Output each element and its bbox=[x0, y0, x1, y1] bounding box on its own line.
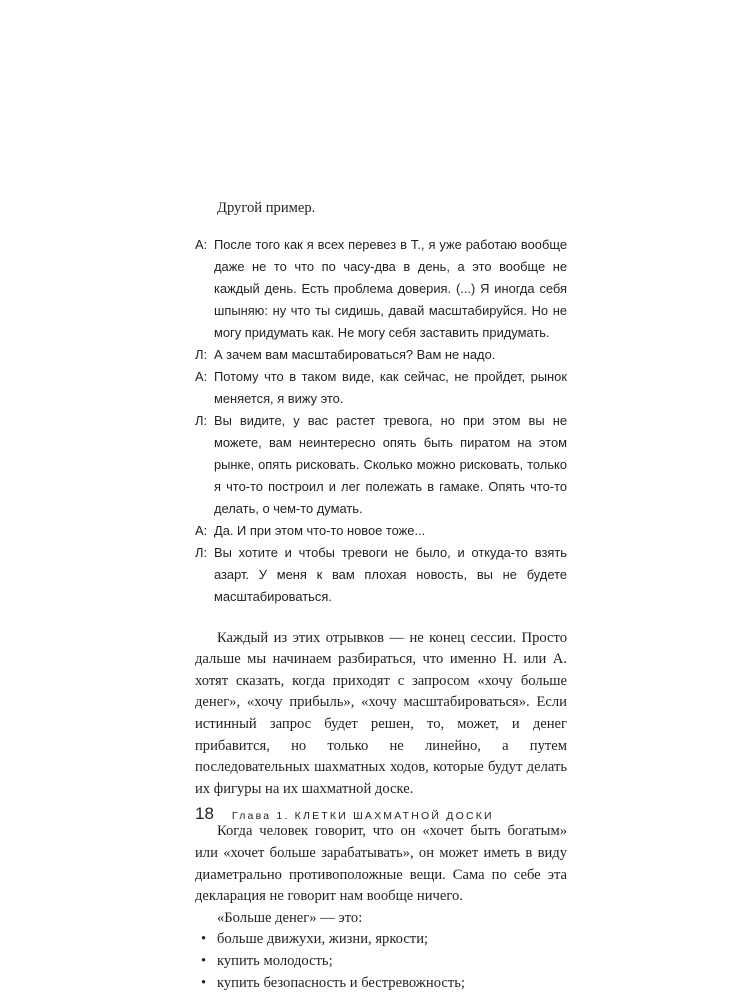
speaker-label: А: bbox=[195, 520, 214, 542]
utterance: Вы видите, у вас растет тревога, но при … bbox=[214, 410, 567, 520]
dialog-turn: Л: А зачем вам масштабироваться? Вам не … bbox=[195, 344, 567, 366]
speaker-label: Л: bbox=[195, 542, 214, 608]
running-head: Глава 1. КЛЕТКИ ШАХМАТНОЙ ДОСКИ bbox=[232, 810, 494, 822]
speaker-label: А: bbox=[195, 366, 214, 410]
speaker-label: Л: bbox=[195, 410, 214, 520]
list-item-text: больше движухи, жизни, яркости; bbox=[217, 929, 428, 951]
list-item-text: купить безопасность и бестревожность; bbox=[217, 973, 465, 995]
page-number: 18 bbox=[195, 804, 214, 824]
dialog-turn: А: Да. И при этом что-то новое тоже... bbox=[195, 520, 567, 542]
list-item: • купить молодость; bbox=[195, 951, 567, 973]
speaker-label: Л: bbox=[195, 344, 214, 366]
utterance: А зачем вам масштабироваться? Вам не над… bbox=[214, 344, 567, 366]
paragraph: Когда человек говорит, что он «хочет быт… bbox=[195, 821, 567, 907]
intro-line: Другой пример. bbox=[195, 198, 567, 220]
page-body: Другой пример. А: После того как я всех … bbox=[195, 198, 567, 994]
paragraph: Каждый из этих отрывков — не конец сесси… bbox=[195, 628, 567, 801]
speaker-label: А: bbox=[195, 234, 214, 344]
dialog-turn: А: Потому что в таком виде, как сейчас, … bbox=[195, 366, 567, 410]
dialog-turn: Л: Вы видите, у вас растет тревога, но п… bbox=[195, 410, 567, 520]
page-footer: 18 Глава 1. КЛЕТКИ ШАХМАТНОЙ ДОСКИ bbox=[195, 804, 494, 824]
bullet-list: • больше движухи, жизни, яркости; • купи… bbox=[195, 929, 567, 994]
dialog-turn: А: После того как я всех перевез в Т., я… bbox=[195, 234, 567, 344]
bullet-icon: • bbox=[195, 951, 217, 973]
utterance: После того как я всех перевез в Т., я уж… bbox=[214, 234, 567, 344]
list-item-text: купить молодость; bbox=[217, 951, 333, 973]
utterance: Потому что в таком виде, как сейчас, не … bbox=[214, 366, 567, 410]
list-item: • купить безопасность и бестревожность; bbox=[195, 973, 567, 995]
bullet-icon: • bbox=[195, 973, 217, 995]
list-item: • больше движухи, жизни, яркости; bbox=[195, 929, 567, 951]
dialog-turn: Л: Вы хотите и чтобы тревоги не было, и … bbox=[195, 542, 567, 608]
bullet-icon: • bbox=[195, 929, 217, 951]
list-lead: «Больше денег» — это: bbox=[195, 908, 567, 930]
utterance: Вы хотите и чтобы тревоги не было, и отк… bbox=[214, 542, 567, 608]
dialog-block: А: После того как я всех перевез в Т., я… bbox=[195, 234, 567, 608]
utterance: Да. И при этом что-то новое тоже... bbox=[214, 520, 567, 542]
